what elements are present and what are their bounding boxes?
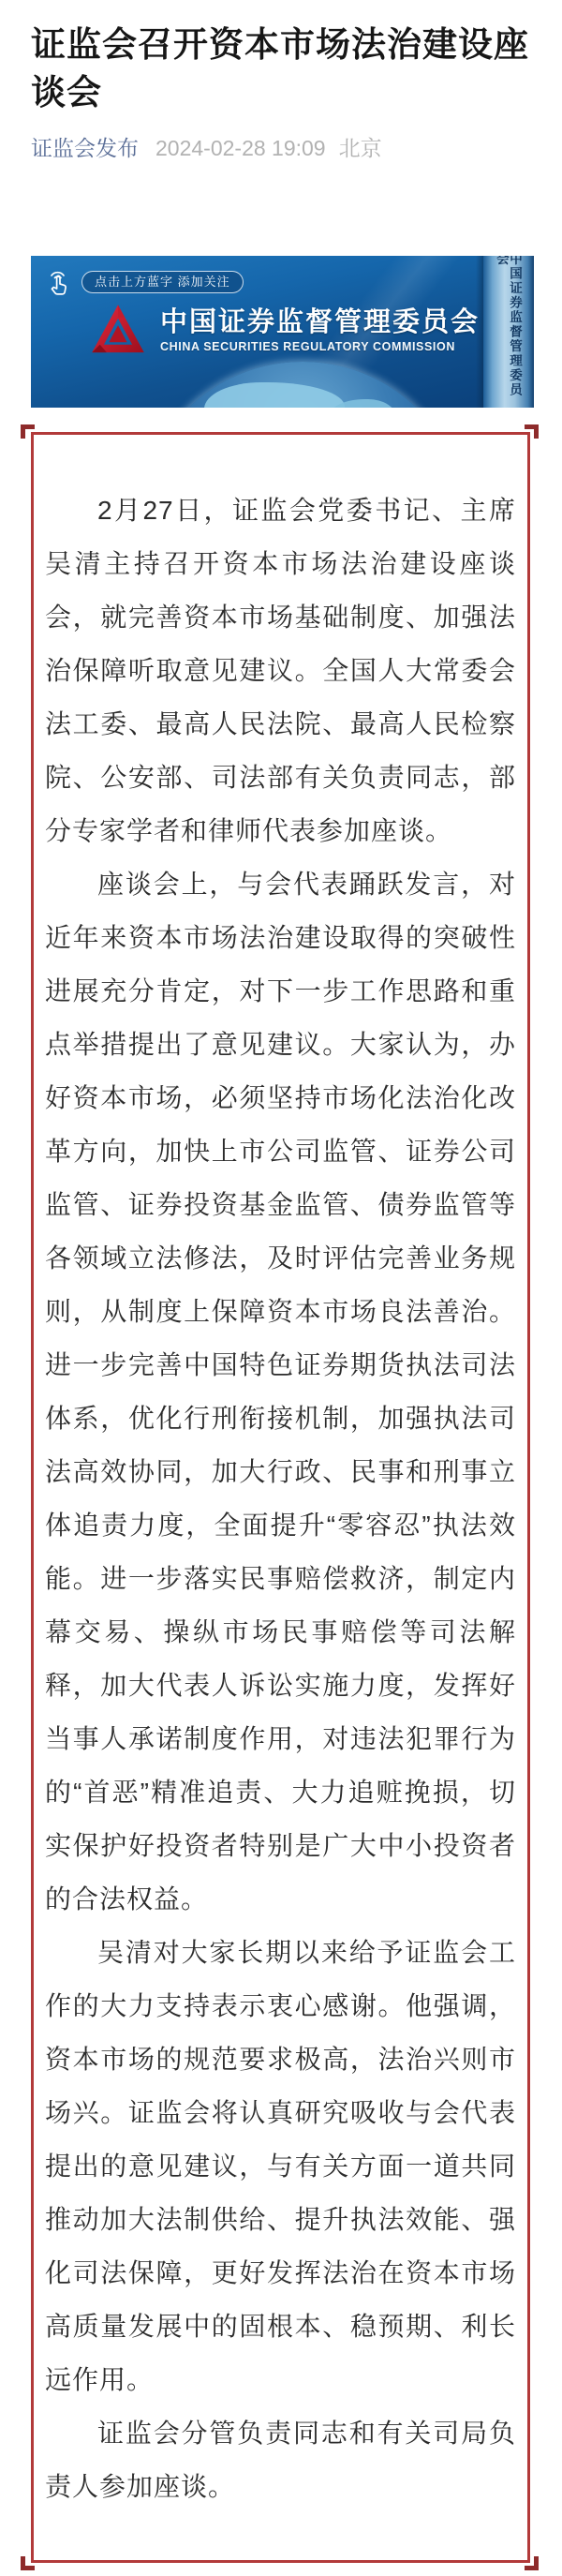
follow-hint-pill: 点击上方蓝字 添加关注	[81, 271, 244, 293]
banner-image: 点击上方蓝字 添加关注 中国证券监督管理委员会 CHINA SECURITIES…	[31, 256, 534, 408]
frame-corner-top-left	[21, 424, 35, 439]
book-spine-graphic: 中国证券监督管理委员会	[483, 256, 534, 408]
publish-datetime: 2024-02-28 19:09	[155, 136, 326, 161]
article-frame: 2月27日，证监会党委书记、主席吴清主持召开资本市场法治建设座谈会，就完善资本市…	[31, 432, 530, 2563]
article-meta: 证监会发布 2024-02-28 19:09 北京	[31, 131, 531, 162]
banner-titles: 中国证券监督管理委员会 CHINA SECURITIES REGULATORY …	[160, 307, 480, 353]
banner-brand: 中国证券监督管理委员会 CHINA SECURITIES REGULATORY …	[89, 303, 480, 357]
banner-org-name-en: CHINA SECURITIES REGULATORY COMMISSION	[160, 340, 480, 353]
article-body: 2月27日，证监会党委书记、主席吴清主持召开资本市场法治建设座谈会，就完善资本市…	[31, 432, 530, 2563]
article-page: 证监会召开资本市场法治建设座谈会 证监会发布 2024-02-28 19:09 …	[0, 0, 562, 2576]
globe-landmass	[204, 382, 345, 408]
article-paragraph: 座谈会上，与会代表踊跃发言，对近年来资本市场法治建设取得的突破性进展充分肯定，对…	[45, 857, 516, 1926]
article-header: 证监会召开资本市场法治建设座谈会 证监会发布 2024-02-28 19:09 …	[0, 21, 562, 162]
hand-click-icon	[44, 267, 72, 297]
follow-hint-row: 点击上方蓝字 添加关注	[44, 267, 244, 297]
book-spine-text: 中国证券监督管理委员会	[495, 256, 521, 408]
frame-corner-bottom-right	[525, 2556, 539, 2570]
page-title: 证监会召开资本市场法治建设座谈会	[31, 21, 531, 116]
article-paragraph: 证监会分管负责同志和有关司局负责人参加座谈。	[45, 2406, 516, 2513]
frame-corner-top-right	[525, 424, 539, 439]
csrc-logo-icon	[89, 303, 147, 357]
account-name-link[interactable]: 证监会发布	[31, 131, 139, 162]
publish-location: 北京	[339, 131, 382, 162]
banner-org-name-cn: 中国证券监督管理委员会	[160, 307, 480, 337]
article-paragraph: 吴清对大家长期以来给予证监会工作的大力支持表示衷心感谢。他强调，资本市场的规范要…	[45, 1926, 516, 2406]
frame-corner-bottom-left	[21, 2556, 35, 2570]
article-paragraph: 2月27日，证监会党委书记、主席吴清主持召开资本市场法治建设座谈会，就完善资本市…	[45, 484, 516, 857]
